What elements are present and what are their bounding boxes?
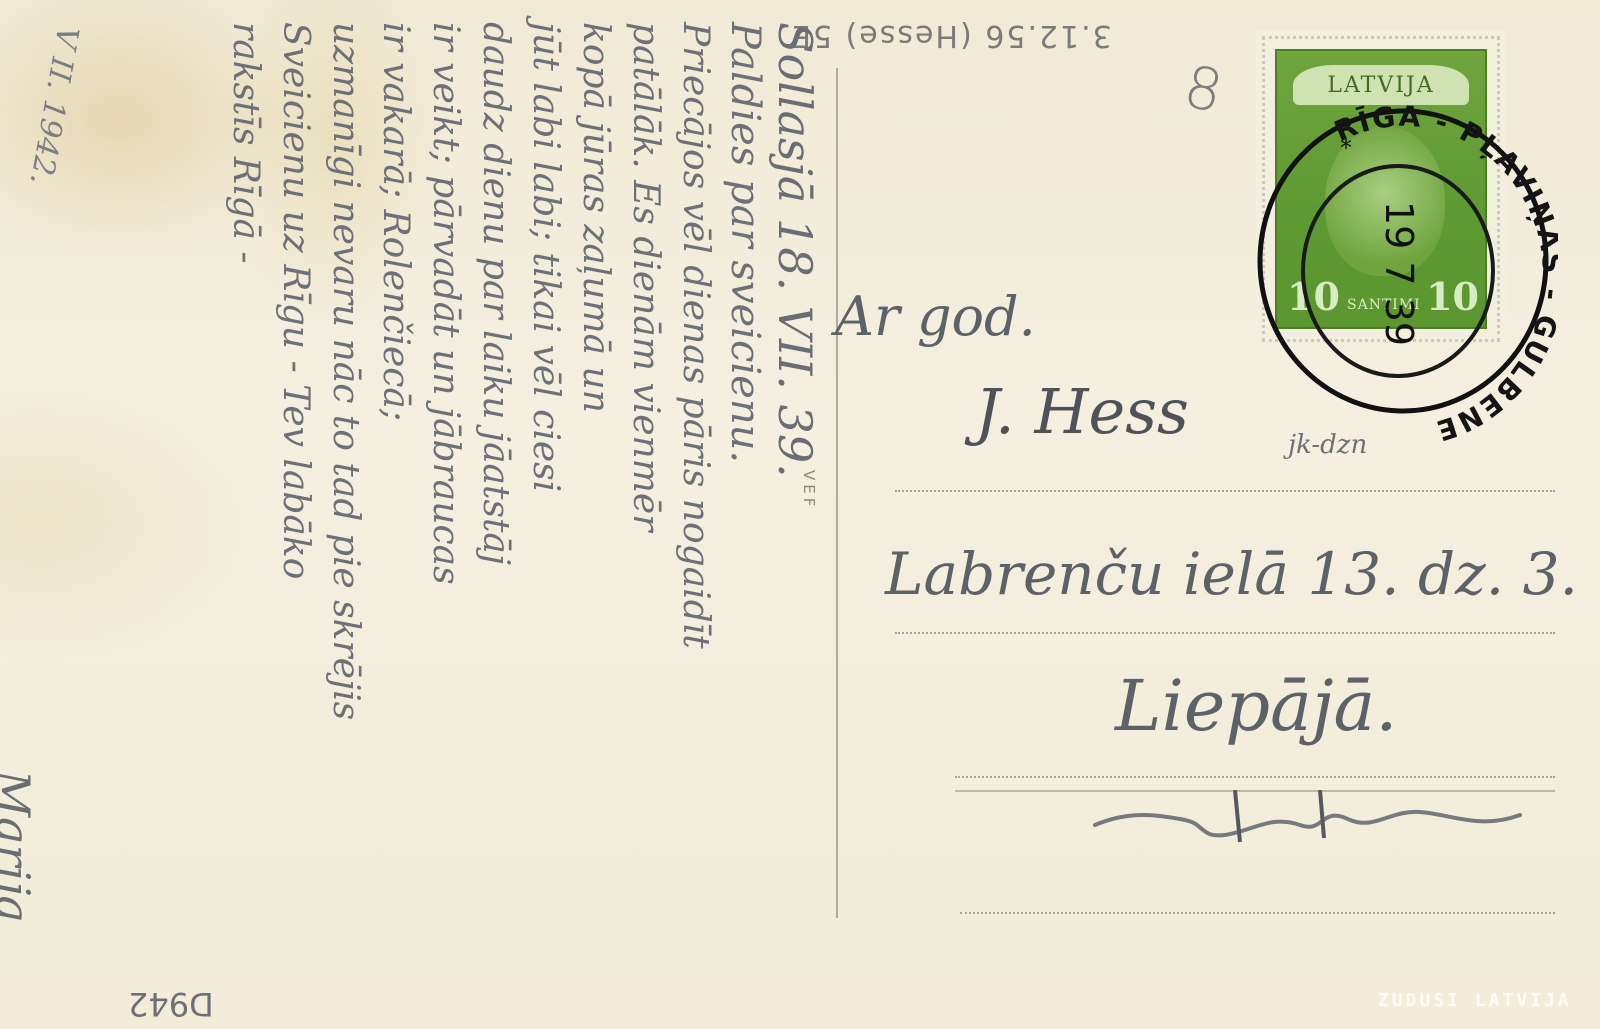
watermark: ZUDUSI LATVIJA	[1378, 990, 1572, 1011]
address-city: Liepājā.	[1115, 665, 1398, 747]
message-line: daudz dienu par laiku jāatstāj	[470, 22, 520, 1002]
address-line-1	[895, 490, 1555, 492]
postmark-route: RĪGA - PĻAVIŅAS - GULBENE	[1329, 100, 1558, 446]
underline-squiggle	[1090, 790, 1530, 850]
message-greeting: Paldies par sveicienu.	[720, 22, 770, 1002]
address-line-2	[895, 632, 1555, 634]
message-line: patālāk. Es dienām vienmēr	[620, 22, 670, 1002]
address-line-4	[960, 912, 1555, 914]
signature: Marija	[0, 770, 40, 923]
publisher-mark: VEF	[800, 470, 818, 510]
side-note-date: V II. 1942.	[23, 24, 85, 188]
message-line: Priecājos vēl dienas pāris nogaidīt	[670, 22, 720, 1002]
pencil-number: 8	[1178, 52, 1228, 126]
message-date: Sollasjā 18. VII. 39.	[770, 22, 820, 1002]
message-line: ir veikt; pārvadāt un jābraucas	[420, 22, 470, 1002]
address-salutation: Ar god.	[835, 285, 1036, 348]
center-divider	[836, 68, 838, 918]
postmark-date: 19 7 39	[1377, 201, 1421, 346]
handwritten-message: Sollasjā 18. VII. 39. Paldies par sveici…	[220, 22, 820, 1002]
catalog-number: D942	[128, 985, 214, 1023]
message-line: jūt labi labi; tikai vēl ciesi	[520, 22, 570, 1002]
address-line-3	[955, 776, 1555, 778]
postmark-star: *	[1340, 134, 1352, 162]
postmark-cancellation: RĪGA - PĻAVIŅAS - GULBENE * 19 7 39	[1248, 86, 1558, 446]
message-line: kopā jūras zaļumā un	[570, 22, 620, 1002]
postcard-back: 3.12.56 (Hesse) 5E 8 V II. 1942. Sollasj…	[0, 0, 1600, 1029]
message-line: rakstīs Rīgā -	[220, 22, 270, 1002]
message-line: ir vakarā; Rolenčiecā;	[370, 22, 420, 1002]
address-name: J. Hess	[975, 375, 1189, 448]
address-street: Labrenču ielā 13. dz. 3.	[885, 540, 1578, 608]
message-line: Sveicienu uz Rīgu - Tev labāko	[270, 22, 320, 1002]
message-line: uzmanīgi nevaru nāc to tad pie skrējis	[320, 22, 370, 1002]
pencil-archive-note: 3.12.56 (Hesse) 5E	[790, 18, 1112, 53]
svg-text:RĪGA - PĻAVIŅAS - GULBENE: RĪGA - PĻAVIŅAS - GULBENE	[1329, 100, 1558, 446]
